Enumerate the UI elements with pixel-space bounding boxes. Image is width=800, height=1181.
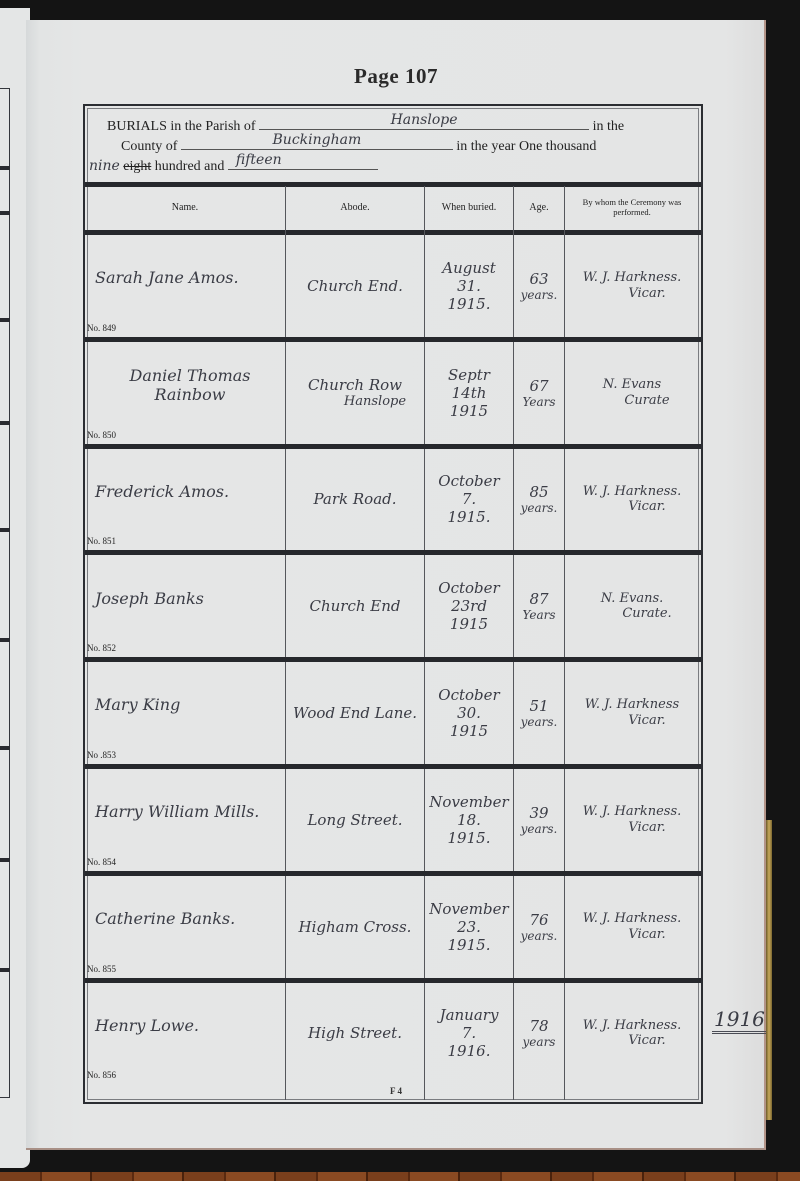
burial-day: 7.	[462, 1024, 476, 1042]
parish-suffix: in the	[593, 119, 625, 134]
previous-page-rule	[0, 318, 10, 322]
previous-page-rule	[0, 211, 10, 215]
gilt-page-edge	[766, 820, 772, 1120]
age-value: 85	[529, 483, 548, 501]
burial-day: 30.	[457, 704, 481, 722]
age-cell: 67 Years	[514, 342, 564, 444]
age-unit: Years	[522, 608, 555, 622]
entry-number: No. 849	[87, 323, 116, 333]
register-entry-row: Catherine Banks. No. 855 Higham Cross. N…	[85, 876, 701, 978]
header-rule	[85, 182, 701, 187]
burial-day: 7.	[462, 490, 476, 508]
officiant-title: Vicar.	[598, 927, 665, 943]
burial-year: 1915	[450, 722, 488, 740]
abode-value: Church Row	[308, 376, 402, 394]
printer-signature: F 4	[26, 1086, 766, 1096]
abode-value: Long Street.	[307, 811, 402, 829]
margin-year-note: 1916	[712, 1007, 767, 1034]
abode-cell: Higham Cross.	[286, 876, 424, 978]
entry-number: No. 856	[87, 1070, 116, 1080]
age-value: 39	[529, 804, 548, 822]
officiant-name: W. J. Harkness.	[583, 1018, 682, 1034]
previous-page-rule	[0, 528, 10, 532]
name-cell: Henry Lowe.	[85, 983, 285, 1085]
burial-day: 23rd	[451, 597, 487, 615]
name-cell: Sarah Jane Amos.	[85, 235, 285, 337]
parish-field: Hanslope	[259, 116, 589, 130]
officiant-title: Curate.	[592, 606, 671, 622]
abode-cell: Church End.	[286, 235, 424, 337]
age-cell: 39 years.	[514, 769, 564, 871]
burial-date-cell: October 7. 1915.	[425, 449, 513, 551]
abode-value: Wood End Lane.	[293, 704, 417, 722]
burial-register-table: BURIALS in the Parish of Hanslope in the…	[83, 104, 703, 1104]
wooden-table-surface	[0, 1172, 800, 1181]
officiant-cell: W. J. Harkness. Vicar.	[565, 235, 699, 337]
previous-page-rule	[0, 858, 10, 862]
deceased-name: Daniel Thomas Rainbow	[95, 366, 285, 404]
age-unit: years.	[521, 822, 558, 836]
burial-day: 18.	[457, 811, 481, 829]
burial-month: October	[438, 579, 499, 597]
name-cell: Frederick Amos.	[85, 449, 285, 551]
abode-cell: Long Street.	[286, 769, 424, 871]
burial-month: November	[429, 793, 508, 811]
officiant-title: Vicar.	[598, 499, 665, 515]
year-words-value: fifteen	[228, 152, 378, 168]
age-unit: years.	[521, 501, 558, 515]
previous-page-rule	[0, 746, 10, 750]
age-unit: years	[523, 1035, 556, 1049]
previous-page-rule	[0, 421, 10, 425]
year-correction: nine	[89, 158, 120, 174]
burial-month: November	[429, 900, 508, 918]
burial-month: January	[440, 1006, 499, 1024]
deceased-name: Sarah Jane Amos.	[95, 268, 239, 287]
register-entry-row: Harry William Mills. No. 854 Long Street…	[85, 769, 701, 871]
register-entry-row: Frederick Amos. No. 851 Park Road. Octob…	[85, 449, 701, 551]
year-label: in the year One thousand	[456, 139, 596, 154]
officiant-title: Vicar.	[598, 1033, 665, 1049]
age-cell: 51 years.	[514, 662, 564, 764]
hundred-label: hundred and	[155, 159, 225, 174]
burial-date-cell: August 31. 1915.	[425, 235, 513, 337]
register-entry-row: Daniel Thomas Rainbow No. 850 Church Row…	[85, 342, 701, 444]
column-header-when-buried: When buried.	[425, 188, 513, 228]
burial-date-cell: October 30. 1915	[425, 662, 513, 764]
entry-number: No. 855	[87, 964, 116, 974]
name-cell: Joseph Banks	[85, 555, 285, 657]
abode-value: High Street.	[308, 1024, 402, 1042]
deceased-name: Henry Lowe.	[95, 1016, 199, 1035]
year-words-field: fifteen	[228, 156, 378, 170]
burial-date-cell: October 23rd 1915	[425, 555, 513, 657]
burial-day: 23.	[457, 918, 481, 936]
age-unit: Years	[522, 395, 555, 409]
abode-cell: High Street.	[286, 983, 424, 1085]
deceased-name: Mary King	[95, 695, 180, 714]
year-line: nine eight hundred and fifteen	[89, 156, 378, 175]
burial-year: 1915.	[448, 829, 491, 847]
register-entry-row: Henry Lowe. No. 856 High Street. January…	[85, 983, 701, 1085]
abode-cell: Park Road.	[286, 449, 424, 551]
entry-number: No .853	[87, 750, 116, 760]
officiant-cell: W. J. Harkness. Vicar.	[565, 449, 699, 551]
age-unit: years.	[521, 715, 558, 729]
previous-page-rule	[0, 166, 10, 170]
name-cell: Catherine Banks.	[85, 876, 285, 978]
register-entry-row: Mary King No .853 Wood End Lane. October…	[85, 662, 701, 764]
previous-page-rule	[0, 968, 10, 972]
burial-day: 31.	[457, 277, 481, 295]
column-header-abode: Abode.	[286, 188, 424, 228]
age-value: 63	[529, 270, 548, 288]
age-value: 51	[529, 697, 548, 715]
officiant-cell: W. J. Harkness. Vicar.	[565, 876, 699, 978]
register-page: Page 107 BURIALS in the Parish of Hanslo…	[26, 20, 766, 1150]
deceased-name: Harry William Mills.	[95, 802, 259, 821]
column-header-age: Age.	[514, 188, 564, 228]
officiant-title: Vicar.	[598, 820, 665, 836]
burial-date-cell: January 7. 1916.	[425, 983, 513, 1085]
deceased-name: Frederick Amos.	[95, 482, 229, 501]
burial-month: August	[442, 259, 495, 277]
abode-value: Church End.	[307, 277, 403, 295]
previous-page-frame	[0, 88, 10, 1098]
column-header-officiant: By whom the Ceremony was performed.	[565, 188, 699, 228]
burial-year: 1915	[450, 615, 488, 633]
burial-date-cell: November 18. 1915.	[425, 769, 513, 871]
officiant-cell: W. J. Harkness. Vicar.	[565, 983, 699, 1085]
age-cell: 87 Years	[514, 555, 564, 657]
burial-month: Septr	[448, 366, 490, 384]
register-entry-row: Sarah Jane Amos. No. 849 Church End. Aug…	[85, 235, 701, 337]
officiant-cell: N. Evans Curate	[565, 342, 699, 444]
burial-year: 1915.	[448, 508, 491, 526]
abode-cell: Church Row Hanslope	[286, 342, 424, 444]
officiant-name: W. J. Harkness.	[583, 484, 682, 500]
abode-locality: Hanslope	[304, 394, 406, 410]
burial-date-cell: November 23. 1915.	[425, 876, 513, 978]
age-value: 67	[529, 377, 548, 395]
name-cell: Harry William Mills.	[85, 769, 285, 871]
officiant-cell: W. J. Harkness Vicar.	[565, 662, 699, 764]
age-value: 78	[529, 1017, 548, 1035]
entry-number: No. 851	[87, 536, 116, 546]
age-value: 76	[529, 911, 548, 929]
officiant-name: N. Evans	[603, 377, 661, 393]
entry-number: No. 854	[87, 857, 116, 867]
officiant-name: W. J. Harkness.	[583, 911, 682, 927]
register-entry-row: Joseph Banks No. 852 Church End October …	[85, 555, 701, 657]
burial-day: 14th	[452, 384, 487, 402]
age-unit: years.	[521, 929, 558, 943]
officiant-cell: N. Evans. Curate.	[565, 555, 699, 657]
burial-month: October	[438, 686, 499, 704]
entry-number: No. 852	[87, 643, 116, 653]
age-cell: 78 years	[514, 983, 564, 1085]
burial-year: 1916.	[448, 1042, 491, 1060]
officiant-title: Vicar.	[598, 713, 665, 729]
column-header-name: Name.	[85, 188, 285, 228]
name-cell: Mary King	[85, 662, 285, 764]
abode-value: Higham Cross.	[299, 918, 412, 936]
burial-month: October	[438, 472, 499, 490]
officiant-cell: W. J. Harkness. Vicar.	[565, 769, 699, 871]
deceased-name: Joseph Banks	[95, 589, 204, 608]
burial-year: 1915.	[448, 295, 491, 313]
burial-year: 1915.	[448, 936, 491, 954]
officiant-title: Vicar.	[598, 286, 665, 302]
name-cell: Daniel Thomas Rainbow	[85, 342, 285, 444]
officiant-name: W. J. Harkness.	[583, 804, 682, 820]
entry-number: No. 850	[87, 430, 116, 440]
officiant-title: Curate	[594, 393, 669, 409]
burial-year: 1915	[450, 402, 488, 420]
abode-value: Church End	[309, 597, 400, 615]
age-cell: 63 years.	[514, 235, 564, 337]
page-title: Page 107	[26, 64, 766, 89]
county-label: County of	[121, 139, 177, 154]
age-value: 87	[529, 590, 548, 608]
burial-date-cell: Septr 14th 1915	[425, 342, 513, 444]
county-field: Buckingham	[181, 136, 453, 150]
deceased-name: Catherine Banks.	[95, 909, 235, 928]
struck-word: eight	[123, 159, 151, 174]
previous-page-rule	[0, 638, 10, 642]
age-cell: 85 years.	[514, 449, 564, 551]
abode-cell: Wood End Lane.	[286, 662, 424, 764]
abode-cell: Church End	[286, 555, 424, 657]
officiant-name: W. J. Harkness.	[583, 270, 682, 286]
parish-value: Hanslope	[259, 112, 589, 128]
register-header: BURIALS in the Parish of Hanslope in the…	[85, 106, 701, 184]
age-cell: 76 years.	[514, 876, 564, 978]
officiant-name: N. Evans.	[601, 591, 664, 607]
abode-value: Park Road.	[313, 490, 396, 508]
officiant-name: W. J. Harkness	[585, 697, 679, 713]
age-unit: years.	[521, 288, 558, 302]
county-value: Buckingham	[181, 132, 453, 148]
